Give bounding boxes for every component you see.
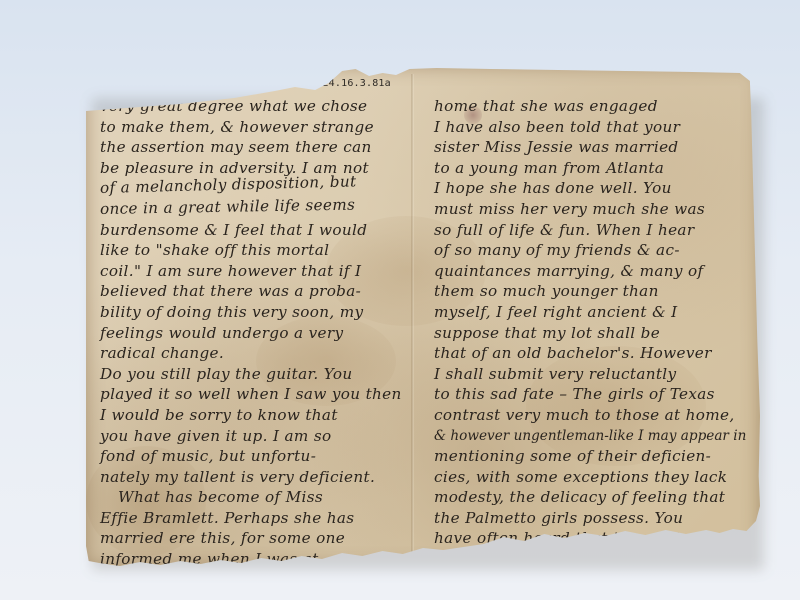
handwritten-line: contrast very much to those at home,: [434, 405, 754, 426]
handwritten-line: burdensome & I feel that I would: [100, 220, 405, 241]
handwritten-line: I would be sorry to know that: [100, 405, 405, 426]
handwritten-line: I shall submit very reluctantly: [434, 364, 754, 385]
handwritten-line: modesty, the delicacy of feeling that: [434, 487, 754, 508]
handwritten-line: that of an old bachelor's. However: [434, 343, 754, 364]
handwritten-line: Effie Bramlett. Perhaps she has: [100, 508, 405, 529]
handwritten-line: radical change.: [100, 343, 405, 364]
left-page: very great degree what we chose to make …: [100, 96, 405, 570]
letter-sheet: 2024.16.3.81a very great degree what we …: [86, 66, 760, 566]
handwritten-line: must miss her very much she was: [434, 199, 754, 220]
handwritten-line: Do you still play the guitar. You: [100, 364, 405, 385]
handwritten-line: myself, I feel right ancient & I: [434, 302, 754, 323]
handwritten-line: I hope she has done well. You: [434, 178, 754, 199]
center-fold: [411, 74, 414, 562]
handwritten-line: mentioning some of their deficien-: [434, 446, 754, 467]
handwritten-line: the assertion may seem there can: [100, 137, 405, 158]
handwritten-line: bility of doing this very soon, my: [100, 302, 405, 323]
handwritten-line: nately my tallent is very deficient.: [100, 467, 405, 488]
handwritten-line: home that she was engaged: [434, 96, 754, 117]
handwritten-line: of so many of my friends & ac-: [434, 240, 754, 261]
handwritten-line: believed that there was a proba-: [100, 281, 405, 302]
handwritten-line: suppose that my lot shall be: [434, 323, 754, 344]
handwritten-line: to this sad fate – The girls of Texas: [434, 384, 754, 405]
handwritten-line: so full of life & fun. When I hear: [434, 220, 754, 241]
handwritten-line: coil." I am sure however that if I: [100, 261, 405, 282]
handwritten-line: quaintances marrying, & many of: [434, 261, 754, 282]
handwritten-line: & however ungentleman-like I may appear …: [434, 426, 754, 447]
handwritten-line: cies, with some exceptions they lack: [434, 467, 754, 488]
handwritten-line: them so much younger than: [434, 281, 754, 302]
handwritten-line: once in a great while life seems: [100, 194, 405, 220]
handwritten-line: fond of music, but unfortu-: [100, 446, 405, 467]
handwritten-line: sister Miss Jessie was married: [434, 137, 754, 158]
handwritten-line: to a young man from Atlanta: [434, 158, 754, 179]
right-page: home that she was engaged I have also be…: [434, 96, 754, 570]
handwritten-line: the Palmetto girls possess. You: [434, 508, 754, 529]
handwritten-line: like to "shake off this mortal: [100, 240, 405, 261]
handwritten-line: played it so well when I saw you then: [100, 384, 405, 405]
handwritten-line: feelings would undergo a very: [100, 323, 405, 344]
handwritten-line: What has become of Miss: [100, 487, 405, 508]
accession-number: 2024.16.3.81a: [310, 78, 391, 89]
handwritten-line: to make them, & however strange: [100, 117, 405, 138]
handwritten-line: married ere this, for some one: [100, 528, 405, 549]
handwritten-line: you have given it up. I am so: [100, 426, 405, 447]
handwritten-line: I have also been told that your: [434, 117, 754, 138]
